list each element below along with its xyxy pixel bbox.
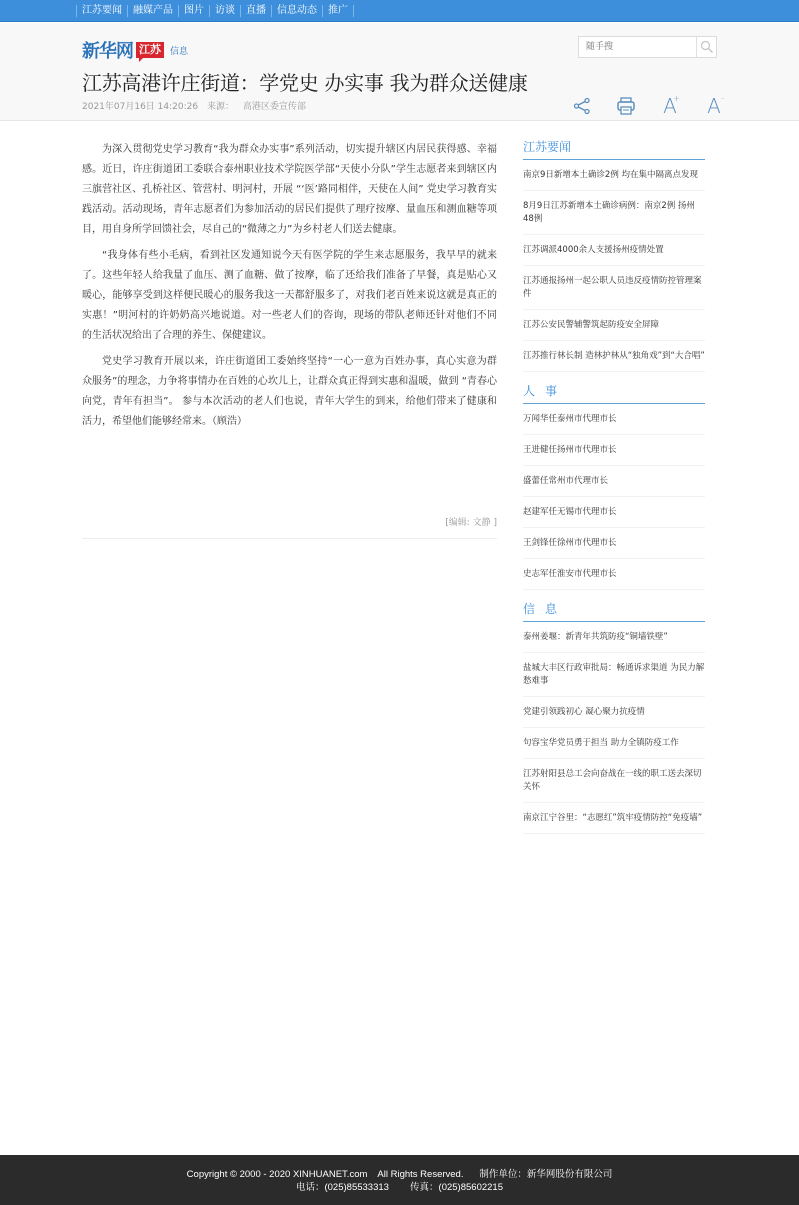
sidebar-link[interactable]: 泰州姜堰：新青年共筑防疫“铜墙铁壁”	[523, 622, 705, 653]
article-title: 江苏高港许庄街道：学党史 办实事 我为群众送健康	[82, 67, 528, 96]
sidebar-list: 万闻华任泰州市代理市长 王进健任扬州市代理市长 盛蕾任常州市代理市长 赵建军任无…	[523, 404, 705, 590]
sidebar-link[interactable]: 8月9日江苏新增本土确诊病例：南京2例 扬州48例	[523, 191, 705, 235]
search-button[interactable]	[696, 37, 716, 57]
editor-credit: [编辑: 文静 ]	[82, 515, 497, 528]
sidebar-link[interactable]: 盛蕾任常州市代理市长	[523, 466, 705, 497]
sidebar-heading[interactable]: 信息	[523, 600, 705, 622]
font-decrease-button[interactable]: A-	[692, 93, 736, 119]
source-label: 来源：	[207, 102, 234, 112]
sidebar-list: 泰州姜堰：新青年共筑防疫“铜墙铁壁” 盐城大丰区行政审批局：畅通诉求渠道 为民力…	[523, 622, 705, 834]
sidebar-link[interactable]: 南京江宁谷里：“志愿红”筑牢疫情防控“免疫墙”	[523, 803, 705, 834]
sidebar-link[interactable]: 王剑锋任徐州市代理市长	[523, 528, 705, 559]
site-logo[interactable]: 新华网 江苏 信息	[82, 37, 188, 63]
nav-item-info-updates[interactable]: 信息动态	[272, 0, 322, 22]
nav-separator	[353, 5, 354, 17]
nav-item-interviews[interactable]: 访谈	[210, 0, 240, 22]
print-icon	[616, 97, 636, 115]
share-icon	[573, 97, 591, 115]
sidebar-link[interactable]: 史志军任淮安市代理市长	[523, 559, 705, 590]
minus-sign: -	[721, 94, 724, 103]
article-paragraph: 为深入贯彻党史学习教育“我为群众办实事”系列活动，切实提升辖区内居民获得感、幸福…	[82, 140, 497, 240]
page: 江苏要闻 融媒产品 图片 访谈 直播 信息动态 推广 新华网 江苏 信息	[0, 0, 799, 1205]
sidebar-section-jiangsu-news: 江苏要闻 南京9日新增本土确诊2例 均在集中隔离点发现 8月9日江苏新增本土确诊…	[523, 138, 705, 372]
logo-channel: 信息	[170, 44, 188, 57]
article-paragraph: “我身体有些小毛病，看到社区发通知说今天有医学院的学生来志愿服务，我早早的就来了…	[82, 246, 497, 346]
plus-sign: +	[673, 94, 680, 103]
nav-item-promotion[interactable]: 推广	[323, 0, 353, 22]
article-tools: A+ A-	[560, 93, 736, 119]
search-icon	[700, 40, 714, 54]
article-meta: 2021年07月16日 14:20:26 来源： 高港区委宣传部	[82, 99, 312, 112]
nav-item-media-products[interactable]: 融媒产品	[128, 0, 178, 22]
sidebar-link[interactable]: 王进健任扬州市代理市长	[523, 435, 705, 466]
site-footer: Copyright © 2000 - 2020 XINHUANET.com Al…	[0, 1155, 799, 1205]
print-button[interactable]	[604, 93, 648, 119]
share-button[interactable]	[560, 93, 604, 119]
sidebar-heading[interactable]: 人事	[523, 382, 705, 404]
nav-item-jiangsu-news[interactable]: 江苏要闻	[77, 0, 127, 22]
source-name: 高港区委宣传部	[243, 102, 306, 112]
search-box	[578, 36, 717, 58]
font-increase-button[interactable]: A+	[648, 93, 692, 119]
sidebar-link[interactable]: 江苏调派4000余人支援扬州疫情处置	[523, 235, 705, 266]
nav-item-live[interactable]: 直播	[241, 0, 271, 22]
logo-jiangsu-badge: 江苏	[136, 42, 164, 58]
article-divider	[82, 538, 497, 539]
nav-item-photos[interactable]: 图片	[179, 0, 209, 22]
contact-text: 电话：(025)85533313 传真：(025)85602215	[0, 1181, 799, 1194]
sidebar-link[interactable]: 党建引领践初心 凝心聚力抗疫情	[523, 697, 705, 728]
search-input[interactable]	[579, 37, 696, 57]
publish-datetime: 2021年07月16日 14:20:26	[82, 102, 198, 112]
article-paragraph: 党史学习教育开展以来，许庄街道团工委始终坚持“一心一意为百姓办事，真心实意为群众…	[82, 352, 497, 432]
sidebar-section-personnel: 人事 万闻华任泰州市代理市长 王进健任扬州市代理市长 盛蕾任常州市代理市长 赵建…	[523, 382, 705, 590]
sidebar-list: 南京9日新增本土确诊2例 均在集中隔离点发现 8月9日江苏新增本土确诊病例：南京…	[523, 160, 705, 372]
article-header: 新华网 江苏 信息 江苏高港许庄街道：学党史 办实事 我为群众送健康 2021年…	[0, 23, 799, 121]
sidebar: 江苏要闻 南京9日新增本土确诊2例 均在集中隔离点发现 8月9日江苏新增本土确诊…	[523, 138, 705, 844]
sidebar-link[interactable]: 万闻华任泰州市代理市长	[523, 404, 705, 435]
sidebar-link[interactable]: 句容宝华党员勇于担当 助力全镇防疫工作	[523, 728, 705, 759]
sidebar-link[interactable]: 江苏推行林长制 造林护林从“独角戏”到“大合唱”	[523, 341, 705, 372]
sidebar-link[interactable]: 江苏公安民警辅警筑起防疫安全屏障	[523, 310, 705, 341]
sidebar-link[interactable]: 江苏射阳县总工会向奋战在一线的职工送去深切关怀	[523, 759, 705, 803]
sidebar-link[interactable]: 赵建军任无锡市代理市长	[523, 497, 705, 528]
top-nav: 江苏要闻 融媒产品 图片 访谈 直播 信息动态 推广	[76, 0, 354, 22]
sidebar-heading[interactable]: 江苏要闻	[523, 138, 705, 160]
font-decrease-icon: A	[707, 94, 721, 118]
sidebar-link[interactable]: 盐城大丰区行政审批局：畅通诉求渠道 为民力解愁难事	[523, 653, 705, 697]
sidebar-link[interactable]: 南京9日新增本土确诊2例 均在集中隔离点发现	[523, 160, 705, 191]
article-body: 为深入贯彻党史学习教育“我为群众办实事”系列活动，切实提升辖区内居民获得感、幸福…	[82, 140, 497, 438]
logo-xinhuanet: 新华网	[82, 37, 133, 63]
copyright-text: Copyright © 2000 - 2020 XINHUANET.com Al…	[0, 1168, 799, 1181]
sidebar-link[interactable]: 江苏通报扬州一起公职人员违反疫情防控管理案件	[523, 266, 705, 310]
top-nav-bar: 江苏要闻 融媒产品 图片 访谈 直播 信息动态 推广	[0, 0, 799, 22]
sidebar-section-info: 信息 泰州姜堰：新青年共筑防疫“铜墙铁壁” 盐城大丰区行政审批局：畅通诉求渠道 …	[523, 600, 705, 834]
